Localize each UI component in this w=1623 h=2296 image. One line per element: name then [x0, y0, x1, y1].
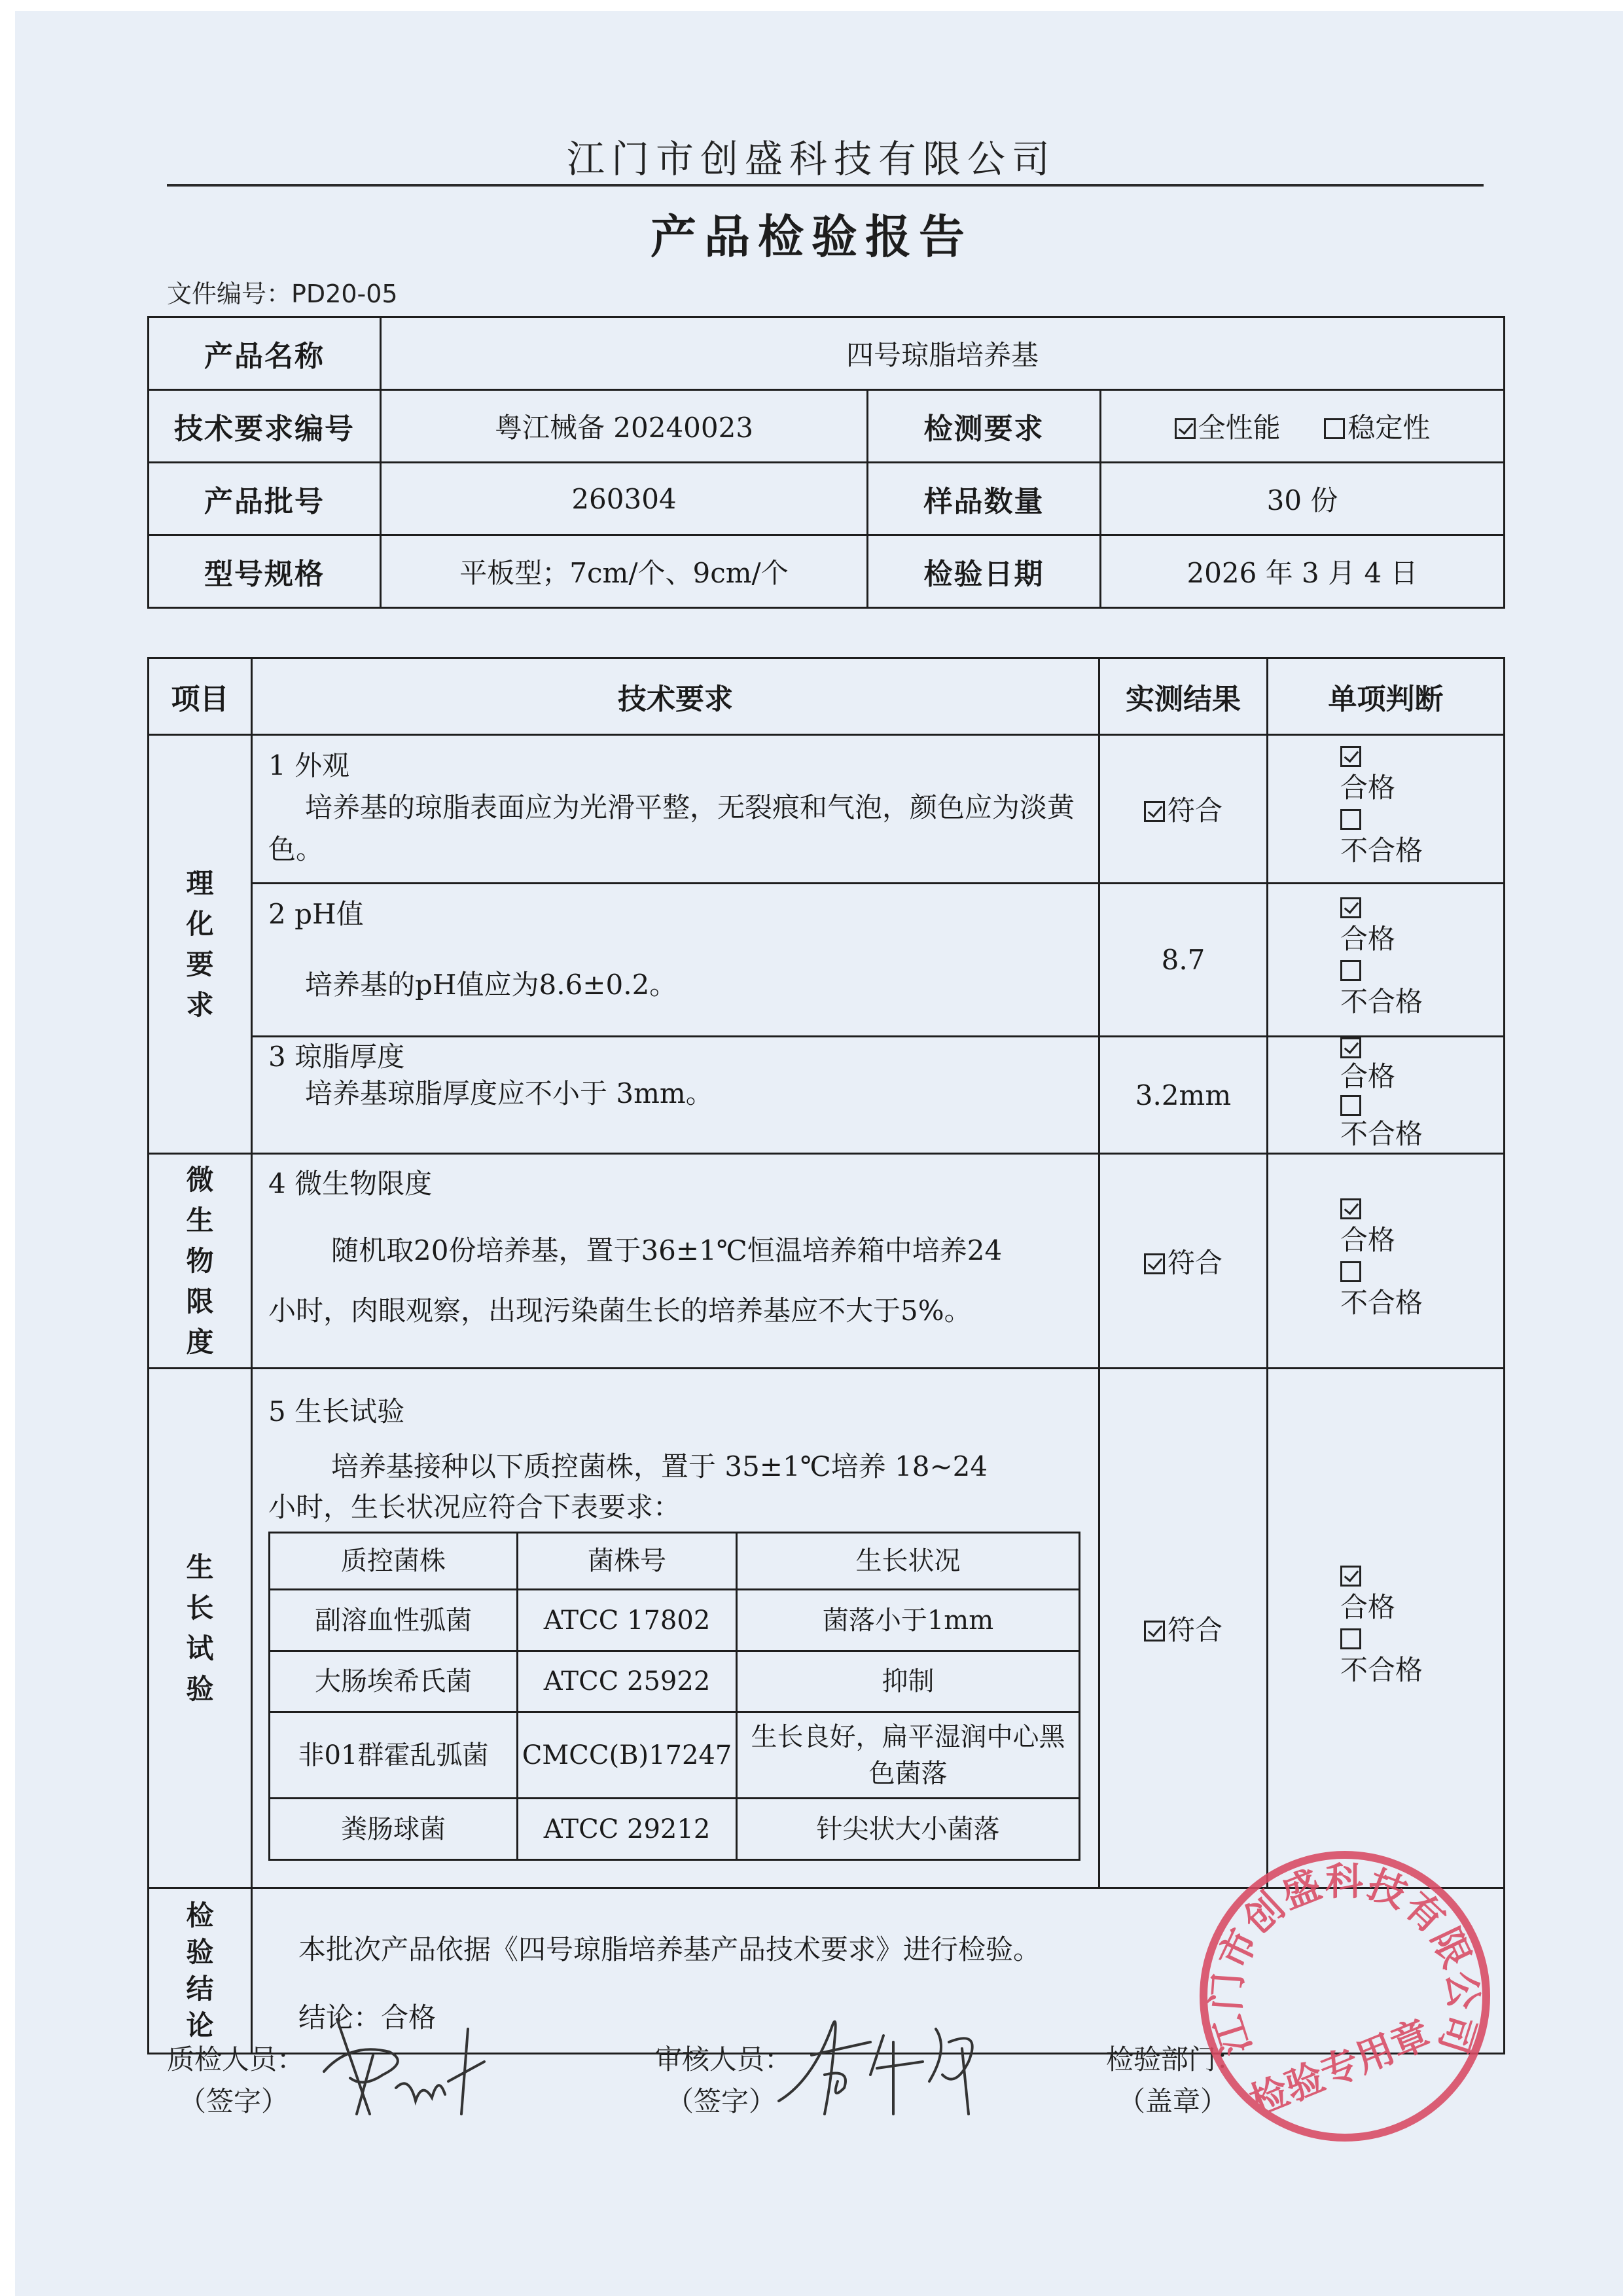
checkbox-pass — [1340, 1037, 1361, 1058]
checkbox-icon — [1144, 801, 1165, 822]
strain-row: 非01群霍乱弧菌 CMCC(B)17247 生长良好，扁平湿润中心黑色菌落 — [270, 1712, 1080, 1799]
svg-text:江门市创盛科技有限公司: 江门市创盛科技有限公司 — [1204, 1859, 1486, 2060]
report-title: 产品检验报告 — [0, 200, 1623, 266]
sample-qty-label: 样品数量 — [868, 463, 1101, 535]
stamp-seal-icon: 江门市创盛科技有限公司 检验专用章 — [1200, 1851, 1490, 2142]
test-req-label: 检测要求 — [868, 390, 1101, 463]
result-ph: 8.7 — [1099, 884, 1268, 1037]
checkbox-pass — [1340, 897, 1361, 918]
product-name-value: 四号琼脂培养基 — [381, 317, 1505, 390]
strain-header-row: 质控菌株 菌株号 生长状况 — [270, 1533, 1080, 1590]
checkbox-pass — [1340, 746, 1361, 767]
judgement-agar-thickness: 合格 不合格 — [1268, 1037, 1505, 1154]
requirement-ph: 2 pH值 培养基的pH值应为8.6±0.2。 — [252, 884, 1099, 1037]
judgement-ph: 合格 不合格 — [1268, 884, 1505, 1037]
doc-number-label: 文件编号： — [167, 279, 291, 308]
section-conclusion: 检 验 结 论 — [149, 1888, 252, 2054]
row-model: 型号规格 平板型；7cm/个、9cm/个 检验日期 2026 年 3 月 4 日 — [149, 535, 1505, 608]
header-divider — [167, 184, 1484, 187]
sample-qty-value: 30 份 — [1101, 463, 1505, 535]
header-item: 项目 — [149, 658, 252, 735]
checkbox-fail — [1340, 1628, 1361, 1649]
checkbox-full-performance — [1175, 418, 1196, 439]
section-microbial: 微 生 物 限 度 — [149, 1154, 252, 1369]
strain-row: 大肠埃希氏菌 ATCC 25922 抑制 — [270, 1651, 1080, 1712]
product-info-table: 产品名称 四号琼脂培养基 技术要求编号 粤江械备 20240023 检测要求 全… — [147, 316, 1505, 609]
checkbox-fail — [1340, 960, 1361, 981]
option-full-performance: 全性能 — [1198, 412, 1281, 444]
strain-table: 质控菌株 菌株号 生长状况 副溶血性弧菌 ATCC 17802 菌落小于1mm … — [268, 1532, 1080, 1861]
section-physchem: 理 化 要 求 — [149, 735, 252, 1154]
result-microbial-limit: 符合 — [1099, 1154, 1268, 1369]
document-number: 文件编号：PD20-05 — [167, 274, 398, 310]
test-date-label: 检验日期 — [868, 535, 1101, 608]
checkbox-icon — [1144, 1253, 1165, 1274]
row-batch: 产品批号 260304 样品数量 30 份 — [149, 463, 1505, 535]
model-value: 平板型；7cm/个、9cm/个 — [381, 535, 868, 608]
requirement-growth-test: 5 生长试验 培养基接种以下质控菌株，置于 35±1℃培养 18~24 小时，生… — [252, 1369, 1099, 1888]
results-table: 项目 技术要求 实测结果 单项判断 理 化 要 求 1 外观 培养基的琼脂表面应… — [147, 657, 1505, 2054]
row-appearance: 理 化 要 求 1 外观 培养基的琼脂表面应为光滑平整，无裂痕和气泡，颜色应为淡… — [149, 735, 1505, 884]
row-ph: 2 pH值 培养基的pH值应为8.6±0.2。 8.7 合格 不合格 — [149, 884, 1505, 1037]
checkbox-fail — [1340, 1261, 1361, 1282]
strain-row: 副溶血性弧菌 ATCC 17802 菌落小于1mm — [270, 1590, 1080, 1651]
judgement-microbial-limit: 合格 不合格 — [1268, 1154, 1505, 1369]
tech-req-no-label: 技术要求编号 — [149, 390, 381, 463]
reviewer-signature — [772, 2003, 1027, 2121]
inspector-signature — [311, 2016, 520, 2121]
result-agar-thickness: 3.2mm — [1099, 1037, 1268, 1154]
checkbox-pass — [1340, 1198, 1361, 1219]
checkbox-icon — [1144, 1621, 1165, 1641]
checkbox-stability — [1324, 418, 1345, 439]
company-name: 江门市创盛科技有限公司 — [0, 128, 1623, 183]
result-growth-test: 符合 — [1099, 1369, 1268, 1888]
requirement-agar-thickness: 3 琼脂厚度 培养基琼脂厚度应不小于 3mm。 — [252, 1037, 1099, 1154]
row-agar-thickness: 3 琼脂厚度 培养基琼脂厚度应不小于 3mm。 3.2mm 合格 不合格 — [149, 1037, 1505, 1154]
row-microbial-limit: 微 生 物 限 度 4 微生物限度 随机取20份培养基，置于36±1℃恒温培养箱… — [149, 1154, 1505, 1369]
row-growth-test: 生 长 试 验 5 生长试验 培养基接种以下质控菌株，置于 35±1℃培养 18… — [149, 1369, 1505, 1888]
reviewer-signature-label: 审核人员： （签字） — [654, 2039, 792, 2123]
inspection-stamp: 江门市创盛科技有限公司 检验专用章 — [1200, 1851, 1490, 2142]
judgement-growth-test: 合格 不合格 — [1268, 1369, 1505, 1888]
row-product-name: 产品名称 四号琼脂培养基 — [149, 317, 1505, 390]
checkbox-pass — [1340, 1566, 1361, 1587]
checkbox-fail — [1340, 809, 1361, 830]
requirement-microbial-limit: 4 微生物限度 随机取20份培养基，置于36±1℃恒温培养箱中培养24 小时，肉… — [252, 1154, 1099, 1369]
requirement-appearance: 1 外观 培养基的琼脂表面应为光滑平整，无裂痕和气泡，颜色应为淡黄色。 — [252, 735, 1099, 884]
product-name-label: 产品名称 — [149, 317, 381, 390]
test-date-value: 2026 年 3 月 4 日 — [1101, 535, 1505, 608]
judgement-appearance: 合格 不合格 — [1268, 735, 1505, 884]
tech-req-no-value: 粤江械备 20240023 — [381, 390, 868, 463]
strain-row: 粪肠球菌 ATCC 29212 针尖状大小菌落 — [270, 1799, 1080, 1860]
svg-text:检验专用章: 检验专用章 — [1243, 2012, 1436, 2125]
header-judgement: 单项判断 — [1268, 658, 1505, 735]
section-growth: 生 长 试 验 — [149, 1369, 252, 1888]
row-tech-req: 技术要求编号 粤江械备 20240023 检测要求 全性能 稳定性 — [149, 390, 1505, 463]
option-stability: 稳定性 — [1347, 412, 1430, 444]
header-result: 实测结果 — [1099, 658, 1268, 735]
result-appearance: 符合 — [1099, 735, 1268, 884]
header-requirement: 技术要求 — [252, 658, 1099, 735]
doc-number-value: PD20-05 — [291, 279, 398, 308]
inspector-signature-label: 质检人员： （签字） — [167, 2039, 304, 2123]
batch-value: 260304 — [381, 463, 868, 535]
test-req-options: 全性能 稳定性 — [1101, 390, 1505, 463]
model-label: 型号规格 — [149, 535, 381, 608]
checkbox-fail — [1340, 1095, 1361, 1116]
batch-label: 产品批号 — [149, 463, 381, 535]
results-header-row: 项目 技术要求 实测结果 单项判断 — [149, 658, 1505, 735]
